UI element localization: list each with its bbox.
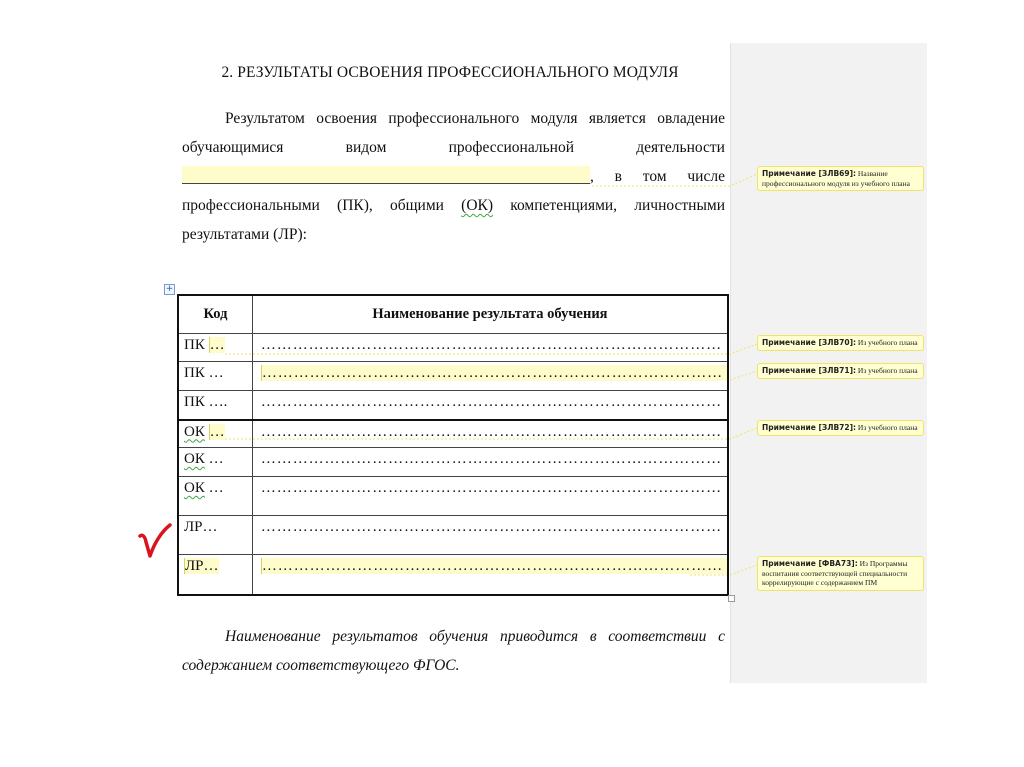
word: видом bbox=[346, 133, 387, 162]
intro-paragraph: Результатом освоения профессионального м… bbox=[182, 104, 725, 249]
word: является bbox=[589, 104, 646, 133]
code-cell[interactable]: ПК … bbox=[178, 362, 252, 391]
comment-label: Примечание [ЗЛВ69]: bbox=[762, 169, 856, 178]
table-row: ЛР… …………………………………………………………………………… bbox=[178, 516, 728, 555]
word: деятельности bbox=[636, 133, 725, 162]
table-row: ОК … …………………………………………………………………………… bbox=[178, 448, 728, 477]
name-cell[interactable]: …………………………………………………………………………… bbox=[252, 391, 728, 420]
code-placeholder: … bbox=[209, 480, 224, 496]
code-cell[interactable]: ЛР… bbox=[178, 516, 252, 555]
footnote-italic: Наименование результатов обучения привод… bbox=[182, 622, 725, 680]
word: овладение bbox=[657, 104, 725, 133]
code-placeholder: …. bbox=[209, 394, 228, 410]
table-row: ОК … …………………………………………………………………………… bbox=[178, 420, 728, 448]
code-cell[interactable]: ЛР… bbox=[178, 555, 252, 595]
table-row: ПК … …………………………………………………………………………… bbox=[178, 362, 728, 391]
word: (ПК), bbox=[337, 191, 373, 220]
code-prefix: ЛР bbox=[185, 558, 204, 574]
intro-line-3: , в том числе bbox=[182, 162, 725, 191]
comment-ZLV71[interactable]: Примечание [ЗЛВ71]: Из учебного плана bbox=[757, 363, 924, 379]
intro-line-5: результатами (ЛР): bbox=[182, 220, 725, 249]
comment-text: Из учебного плана bbox=[858, 423, 918, 432]
comment-ZLV70[interactable]: Примечание [ЗЛВ70]: Из учебного плана bbox=[757, 335, 924, 351]
table-header-row: Код Наименование результата обучения bbox=[178, 295, 728, 334]
code-cell[interactable]: ПК …. bbox=[178, 391, 252, 420]
word: компетенциями, bbox=[510, 191, 617, 220]
table-move-handle-icon[interactable]: + bbox=[164, 284, 175, 295]
name-cell[interactable]: …………………………………………………………………………… bbox=[252, 448, 728, 477]
word: профессиональной bbox=[449, 133, 574, 162]
word: освоения bbox=[316, 104, 377, 133]
table-resize-handle[interactable] bbox=[728, 595, 735, 602]
red-checkmark-icon bbox=[137, 522, 173, 564]
module-name-field[interactable] bbox=[182, 166, 590, 184]
name-cell[interactable]: …………………………………………………………………………… bbox=[252, 362, 728, 391]
code-cell[interactable]: ПК … bbox=[178, 334, 252, 362]
name-cell[interactable]: …………………………………………………………………………… bbox=[252, 516, 728, 555]
code-cell[interactable]: ОК … bbox=[178, 420, 252, 448]
table-row: ПК …. …………………………………………………………………………… bbox=[178, 391, 728, 420]
code-placeholder: … bbox=[209, 337, 225, 353]
name-cell[interactable]: …………………………………………………………………………… bbox=[252, 555, 728, 595]
code-cell[interactable]: ОК … bbox=[178, 477, 252, 516]
results-table: Код Наименование результата обучения ПК … bbox=[177, 294, 729, 596]
code-placeholder: … bbox=[203, 519, 218, 535]
word: числе bbox=[687, 162, 725, 191]
comment-label: Примечание [ФВА73]: bbox=[762, 559, 858, 568]
code-placeholder: … bbox=[209, 424, 225, 440]
word: модуля bbox=[531, 104, 578, 133]
footnote-line-2: содержанием соответствующего ФГОС. bbox=[182, 651, 725, 680]
comment-text: Из учебного плана bbox=[858, 366, 918, 375]
comment-label: Примечание [ЗЛВ70]: bbox=[762, 338, 856, 347]
word: профессиональными bbox=[182, 191, 320, 220]
header-name: Наименование результата обучения bbox=[252, 295, 728, 334]
comment-label: Примечание [ЗЛВ72]: bbox=[762, 423, 856, 432]
name-cell[interactable]: …………………………………………………………………………… bbox=[252, 334, 728, 362]
header-code: Код bbox=[178, 295, 252, 334]
word: профессионального bbox=[388, 104, 519, 133]
code-prefix: ПК bbox=[184, 337, 205, 353]
word: , bbox=[590, 168, 594, 185]
table-row: ОК … …………………………………………………………………………… bbox=[178, 477, 728, 516]
footnote-text: Наименование результатов обучения привод… bbox=[182, 622, 725, 651]
name-placeholder: …………………………………………………………………………… bbox=[261, 365, 727, 381]
intro-line-2: обучающимися видом профессиональной деят… bbox=[182, 133, 725, 162]
word: том bbox=[643, 162, 667, 191]
word: общими bbox=[390, 191, 444, 220]
word: в bbox=[615, 162, 622, 191]
word: обучающимися bbox=[182, 133, 283, 162]
code-prefix: ОК bbox=[184, 480, 205, 496]
code-prefix: ОК bbox=[184, 451, 205, 467]
intro-line-4: профессиональными (ПК), общими (ОК) комп… bbox=[182, 191, 725, 220]
name-placeholder: …………………………………………………………………………… bbox=[261, 558, 727, 574]
section-heading: 2. РЕЗУЛЬТАТЫ ОСВОЕНИЯ ПРОФЕССИОНАЛЬНОГО… bbox=[170, 64, 730, 82]
word: Результатом bbox=[225, 104, 305, 133]
name-cell[interactable]: …………………………………………………………………………… bbox=[252, 477, 728, 516]
word-spellcheck-flagged: (ОК) bbox=[461, 191, 493, 220]
code-cell[interactable]: ОК … bbox=[178, 448, 252, 477]
code-placeholder: … bbox=[209, 365, 224, 381]
comment-label: Примечание [ЗЛВ71]: bbox=[762, 366, 856, 375]
code-placeholder: … bbox=[204, 558, 219, 574]
code-prefix: ПК bbox=[184, 394, 205, 410]
word: результатами (ЛР): bbox=[182, 220, 307, 249]
code-prefix: ЛР bbox=[184, 519, 203, 535]
table-row: ЛР… …………………………………………………………………………… bbox=[178, 555, 728, 595]
name-cell[interactable]: …………………………………………………………………………… bbox=[252, 420, 728, 448]
table-row: ПК … …………………………………………………………………………… bbox=[178, 334, 728, 362]
code-prefix: ПК bbox=[184, 365, 205, 381]
word: личностными bbox=[634, 191, 725, 220]
comment-text: Из учебного плана bbox=[858, 338, 918, 347]
comment-ZLV72[interactable]: Примечание [ЗЛВ72]: Из учебного плана bbox=[757, 420, 924, 436]
intro-line-1: Результатом освоения профессионального м… bbox=[182, 104, 725, 133]
code-prefix: ОК bbox=[184, 424, 205, 440]
comment-ZLV69[interactable]: Примечание [ЗЛВ69]: Название профессиона… bbox=[757, 166, 924, 191]
code-placeholder: … bbox=[209, 451, 224, 467]
comment-FVA73[interactable]: Примечание [ФВА73]: Из Программы воспита… bbox=[757, 556, 924, 591]
